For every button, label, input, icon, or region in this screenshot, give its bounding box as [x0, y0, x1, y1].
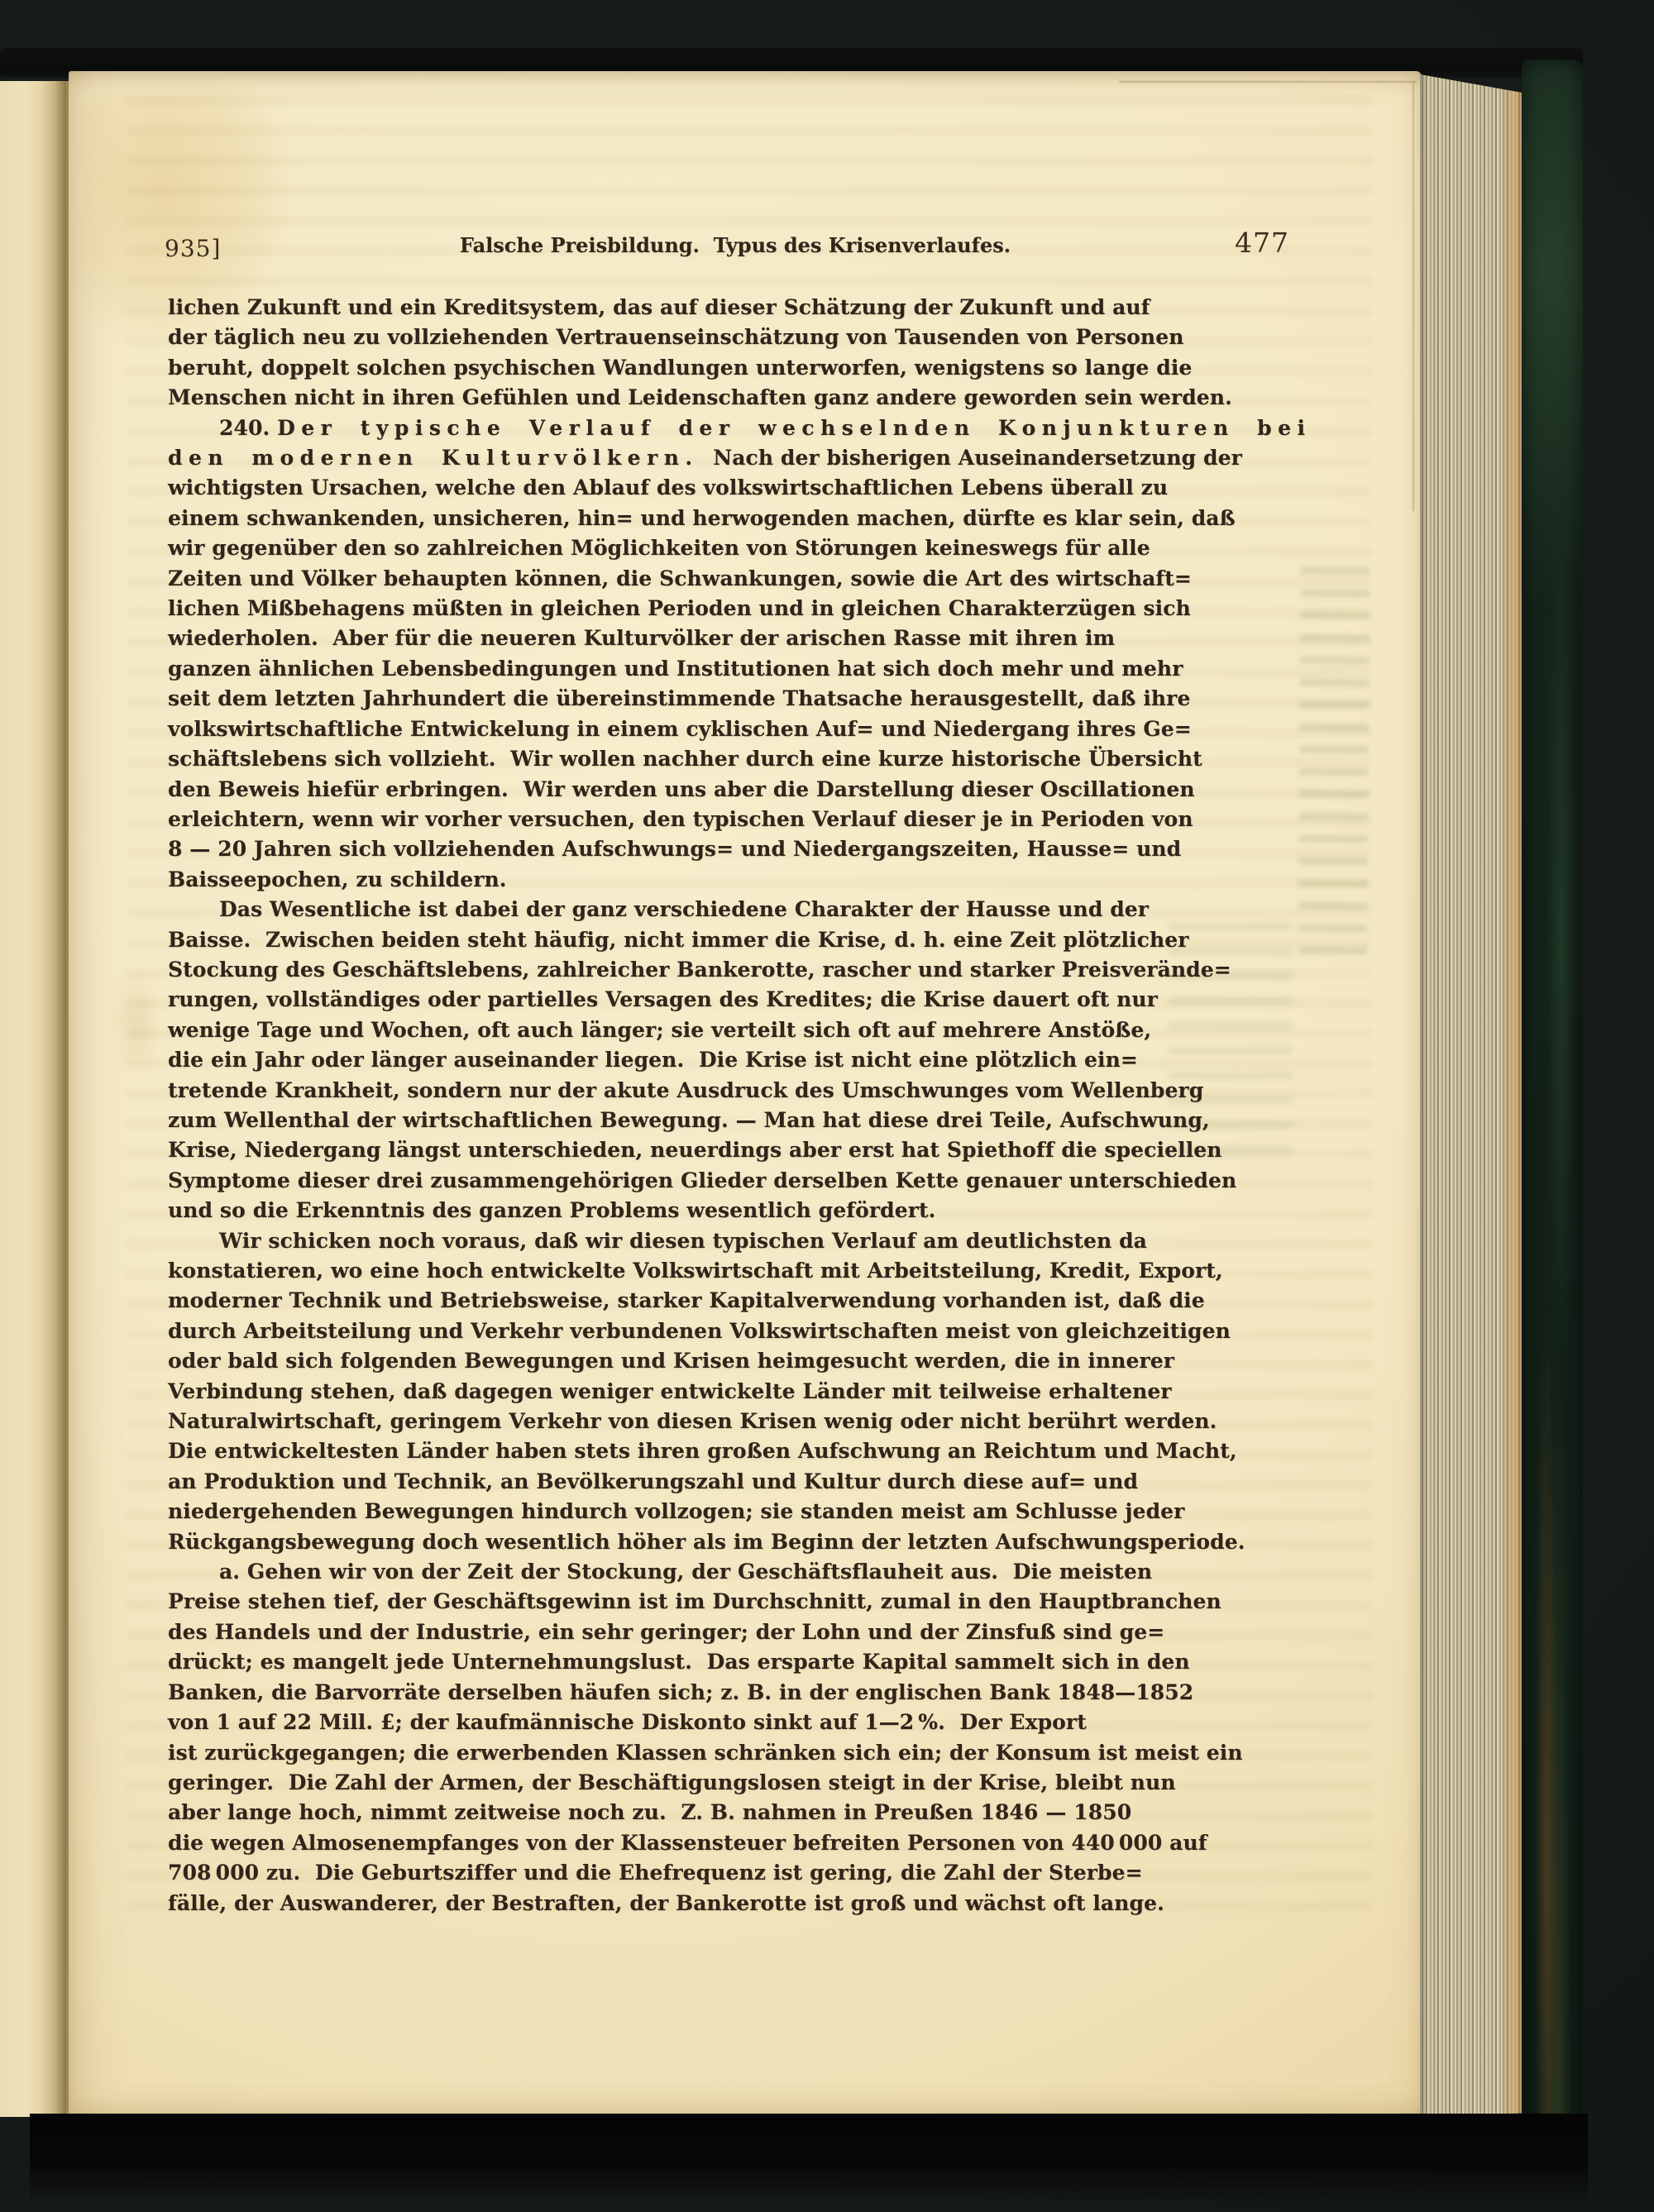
- text-line: die ein Jahr oder länger auseinander lie…: [168, 1045, 1303, 1075]
- marbled-cover-strip: [1522, 60, 1583, 2150]
- text-line: lichen Mißbehagens müßten in gleichen Pe…: [168, 594, 1303, 623]
- text-line: 708 000 zu. Die Geburtsziffer und die Eh…: [168, 1858, 1303, 1888]
- facing-page-gutter: [0, 81, 69, 2117]
- body-text: Nach der bisherigen Auseinandersetzung d…: [699, 446, 1242, 470]
- running-title: Falsche Preisbildung. Typus des Krisenve…: [168, 233, 1303, 257]
- text-line: konstatieren, wo eine hoch entwickelte V…: [168, 1256, 1303, 1286]
- body-text: Banken, die Barvorräte derselben häufen …: [168, 1680, 1193, 1704]
- text-line: Wir schicken noch voraus, daß wir diesen…: [168, 1226, 1303, 1256]
- book-page: 935] Falsche Preisbildung. Typus des Kri…: [69, 71, 1422, 2119]
- text-line: ganzen ähnlichen Lebensbedingungen und I…: [168, 654, 1303, 684]
- text-line: Das Wesentliche ist dabei der ganz versc…: [168, 895, 1303, 924]
- text-line: wir gegenüber den so zahlreichen Möglich…: [168, 533, 1303, 563]
- body-text: den Beweis hiefür erbringen. Wir werden …: [168, 777, 1195, 801]
- text-line: lichen Zukunft und ein Kreditsystem, das…: [168, 293, 1303, 322]
- body-text: zum Wellenthal der wirtschaftlichen Bewe…: [168, 1108, 1210, 1132]
- text-line: moderner Technik und Betriebsweise, star…: [168, 1286, 1303, 1316]
- body-text: Naturalwirtschaft, geringem Verkehr von …: [168, 1409, 1217, 1433]
- emphasized-text: Der typische Verlauf der wechselnden Kon…: [277, 416, 1311, 440]
- body-text: Stockung des Geschäftslebens, zahlreiche…: [168, 958, 1231, 982]
- body-text: schäftslebens sich vollzieht. Wir wollen…: [168, 747, 1202, 771]
- text-line: an Produktion und Technik, an Bevölkerun…: [168, 1467, 1303, 1497]
- body-text: von 1 auf 22 Mill. £; der kaufmännische …: [168, 1710, 1087, 1734]
- body-text: konstatieren, wo eine hoch entwickelte V…: [168, 1259, 1223, 1283]
- text-line: des Handels und der Industrie, ein sehr …: [168, 1617, 1303, 1647]
- body-text: aber lange hoch, nimmt zeitweise noch zu…: [168, 1800, 1131, 1824]
- text-line: wichtigsten Ursachen, welche den Ablauf …: [168, 473, 1303, 503]
- body-text: wiederholen. Aber für die neueren Kultur…: [168, 626, 1115, 650]
- body-text: einem schwankenden, unsicheren, hin= und…: [168, 506, 1236, 530]
- text-line: 8 — 20 Jahren sich vollziehenden Aufschw…: [168, 834, 1303, 864]
- text-line: oder bald sich folgenden Bewegungen und …: [168, 1346, 1303, 1376]
- text-line: die wegen Almosenempfanges von der Klass…: [168, 1828, 1303, 1858]
- body-text: die wegen Almosenempfanges von der Klass…: [168, 1831, 1207, 1855]
- text-line: den Beweis hiefür erbringen. Wir werden …: [168, 775, 1303, 805]
- text-block: lichen Zukunft und ein Kreditsystem, das…: [168, 293, 1303, 1918]
- body-text: des Handels und der Industrie, ein sehr …: [168, 1620, 1164, 1644]
- text-line: rungen, vollständiges oder partielles Ve…: [168, 985, 1303, 1015]
- body-text: Verbindung stehen, daß dagegen weniger e…: [168, 1379, 1172, 1403]
- text-line: Zeiten und Völker behaupten können, die …: [168, 564, 1303, 594]
- text-line: niedergehenden Bewegungen hindurch vollz…: [168, 1497, 1303, 1526]
- body-text: erleichtern, wenn wir vorher versuchen, …: [168, 807, 1193, 831]
- text-line: erleichtern, wenn wir vorher versuchen, …: [168, 805, 1303, 834]
- text-line: aber lange hoch, nimmt zeitweise noch zu…: [168, 1798, 1303, 1827]
- text-line: Banken, die Barvorräte derselben häufen …: [168, 1678, 1303, 1708]
- body-text: Menschen nicht in ihren Gefühlen und Lei…: [168, 385, 1232, 409]
- body-text: Baisseepochen, zu schildern.: [168, 867, 507, 891]
- body-text: rungen, vollständiges oder partielles Ve…: [168, 987, 1158, 1011]
- text-line: Naturalwirtschaft, geringem Verkehr von …: [168, 1407, 1303, 1436]
- text-line: Stockung des Geschäftslebens, zahlreiche…: [168, 955, 1303, 985]
- photo-backdrop: 935] Falsche Preisbildung. Typus des Kri…: [0, 0, 1654, 2212]
- body-text: geringer. Die Zahl der Armen, der Beschä…: [168, 1770, 1176, 1794]
- text-line: tretende Krankheit, sondern nur der akut…: [168, 1076, 1303, 1106]
- body-text: Preise stehen tief, der Geschäftsgewinn …: [168, 1589, 1221, 1613]
- text-line: drückt; es mangelt jede Unternehmungslus…: [168, 1647, 1303, 1677]
- page-under-edge: [1413, 81, 1414, 511]
- text-line: Preise stehen tief, der Geschäftsgewinn …: [168, 1587, 1303, 1617]
- fore-edge-pages: [1420, 74, 1523, 2115]
- body-text: ganzen ähnlichen Lebensbedingungen und I…: [168, 657, 1183, 681]
- body-text: volkswirtschaftliche Entwickelung in ein…: [168, 717, 1192, 741]
- emphasized-text: den modernen Kulturvölkern.: [168, 446, 699, 470]
- text-line: der täglich neu zu vollziehenden Vertrau…: [168, 322, 1303, 352]
- body-text: lichen Zukunft und ein Kreditsystem, das…: [168, 295, 1150, 319]
- text-line: Baisseepochen, zu schildern.: [168, 865, 1303, 895]
- body-text: Wir schicken noch voraus, daß wir diesen…: [219, 1229, 1147, 1253]
- page-under-edge: [1119, 81, 1417, 83]
- text-line: 240. Der typische Verlauf der wechselnde…: [168, 413, 1303, 443]
- body-text: Baisse. Zwischen beiden steht häufig, ni…: [168, 928, 1189, 952]
- body-text: lichen Mißbehagens müßten in gleichen Pe…: [168, 596, 1191, 620]
- book-shadow: [30, 2114, 1588, 2205]
- body-text: Rückgangsbewegung doch wesentlich höher …: [168, 1530, 1245, 1554]
- text-line: Krise, Niedergang längst unterschieden, …: [168, 1135, 1303, 1165]
- body-text: 8 — 20 Jahren sich vollziehenden Aufschw…: [168, 837, 1181, 861]
- body-text: Symptome dieser drei zusammengehörigen G…: [168, 1168, 1236, 1192]
- body-text: Die entwickeltesten Länder haben stets i…: [168, 1439, 1237, 1463]
- text-line: Menschen nicht in ihren Gefühlen und Lei…: [168, 383, 1303, 413]
- body-text: wichtigsten Ursachen, welche den Ablauf …: [168, 475, 1168, 499]
- body-text: wir gegenüber den so zahlreichen Möglich…: [168, 536, 1150, 560]
- body-text: drückt; es mangelt jede Unternehmungslus…: [168, 1650, 1190, 1674]
- body-text: an Produktion und Technik, an Bevölkerun…: [168, 1469, 1138, 1493]
- body-text: Zeiten und Völker behaupten können, die …: [168, 566, 1192, 590]
- page-number: 477: [1235, 227, 1289, 259]
- body-text: der täglich neu zu vollziehenden Vertrau…: [168, 325, 1184, 349]
- text-line: Baisse. Zwischen beiden steht häufig, ni…: [168, 925, 1303, 955]
- text-line: wiederholen. Aber für die neueren Kultur…: [168, 623, 1303, 653]
- text-line: beruht, doppelt solchen psychischen Wand…: [168, 353, 1303, 383]
- text-line: durch Arbeitsteilung und Verkehr verbund…: [168, 1316, 1303, 1346]
- text-line: den modernen Kulturvölkern. Nach der bis…: [168, 443, 1303, 473]
- text-line: einem schwankenden, unsicheren, hin= und…: [168, 504, 1303, 533]
- text-line: Symptome dieser drei zusammengehörigen G…: [168, 1166, 1303, 1196]
- body-text: durch Arbeitsteilung und Verkehr verbund…: [168, 1319, 1231, 1343]
- text-line: von 1 auf 22 Mill. £; der kaufmännische …: [168, 1708, 1303, 1737]
- body-text: fälle, der Auswanderer, der Bestraften, …: [168, 1891, 1164, 1915]
- showthrough-green: [1298, 567, 1370, 957]
- text-line: seit dem letzten Jahrhundert die überein…: [168, 684, 1303, 714]
- text-line: volkswirtschaftliche Entwickelung in ein…: [168, 714, 1303, 744]
- text-line: Rückgangsbewegung doch wesentlich höher …: [168, 1527, 1303, 1557]
- body-text: und so die Erkenntnis des ganzen Problem…: [168, 1198, 935, 1222]
- body-text: a. Gehen wir von der Zeit der Stockung, …: [219, 1560, 1152, 1584]
- body-text: oder bald sich folgenden Bewegungen und …: [168, 1349, 1174, 1373]
- text-line: schäftslebens sich vollzieht. Wir wollen…: [168, 744, 1303, 774]
- body-text: die ein Jahr oder länger auseinander lie…: [168, 1048, 1138, 1072]
- body-text: niedergehenden Bewegungen hindurch vollz…: [168, 1499, 1184, 1523]
- text-line: Verbindung stehen, daß dagegen weniger e…: [168, 1377, 1303, 1407]
- body-text: seit dem letzten Jahrhundert die überein…: [168, 686, 1190, 710]
- body-text: wenige Tage und Wochen, oft auch länger;…: [168, 1018, 1151, 1042]
- body-text: Krise, Niedergang längst unterschieden, …: [168, 1138, 1222, 1162]
- text-line: fälle, der Auswanderer, der Bestraften, …: [168, 1889, 1303, 1918]
- body-text: Das Wesentliche ist dabei der ganz versc…: [219, 897, 1149, 921]
- text-line: zum Wellenthal der wirtschaftlichen Bewe…: [168, 1106, 1303, 1135]
- text-line: a. Gehen wir von der Zeit der Stockung, …: [168, 1557, 1303, 1587]
- body-text: tretende Krankheit, sondern nur der akut…: [168, 1078, 1203, 1102]
- body-text: beruht, doppelt solchen psychischen Wand…: [168, 356, 1192, 380]
- body-text: ist zurückgegangen; die erwerbenden Klas…: [168, 1741, 1243, 1765]
- text-line: geringer. Die Zahl der Armen, der Beschä…: [168, 1768, 1303, 1798]
- text-line: wenige Tage und Wochen, oft auch länger;…: [168, 1015, 1303, 1045]
- text-line: ist zurückgegangen; die erwerbenden Klas…: [168, 1738, 1303, 1768]
- page-header: 935] Falsche Preisbildung. Typus des Kri…: [168, 225, 1303, 265]
- body-text: 240.: [219, 416, 277, 440]
- body-text: moderner Technik und Betriebsweise, star…: [168, 1288, 1205, 1312]
- text-line: Die entwickeltesten Länder haben stets i…: [168, 1436, 1303, 1466]
- text-line: und so die Erkenntnis des ganzen Problem…: [168, 1196, 1303, 1225]
- body-text: 708 000 zu. Die Geburtsziffer und die Eh…: [168, 1861, 1143, 1885]
